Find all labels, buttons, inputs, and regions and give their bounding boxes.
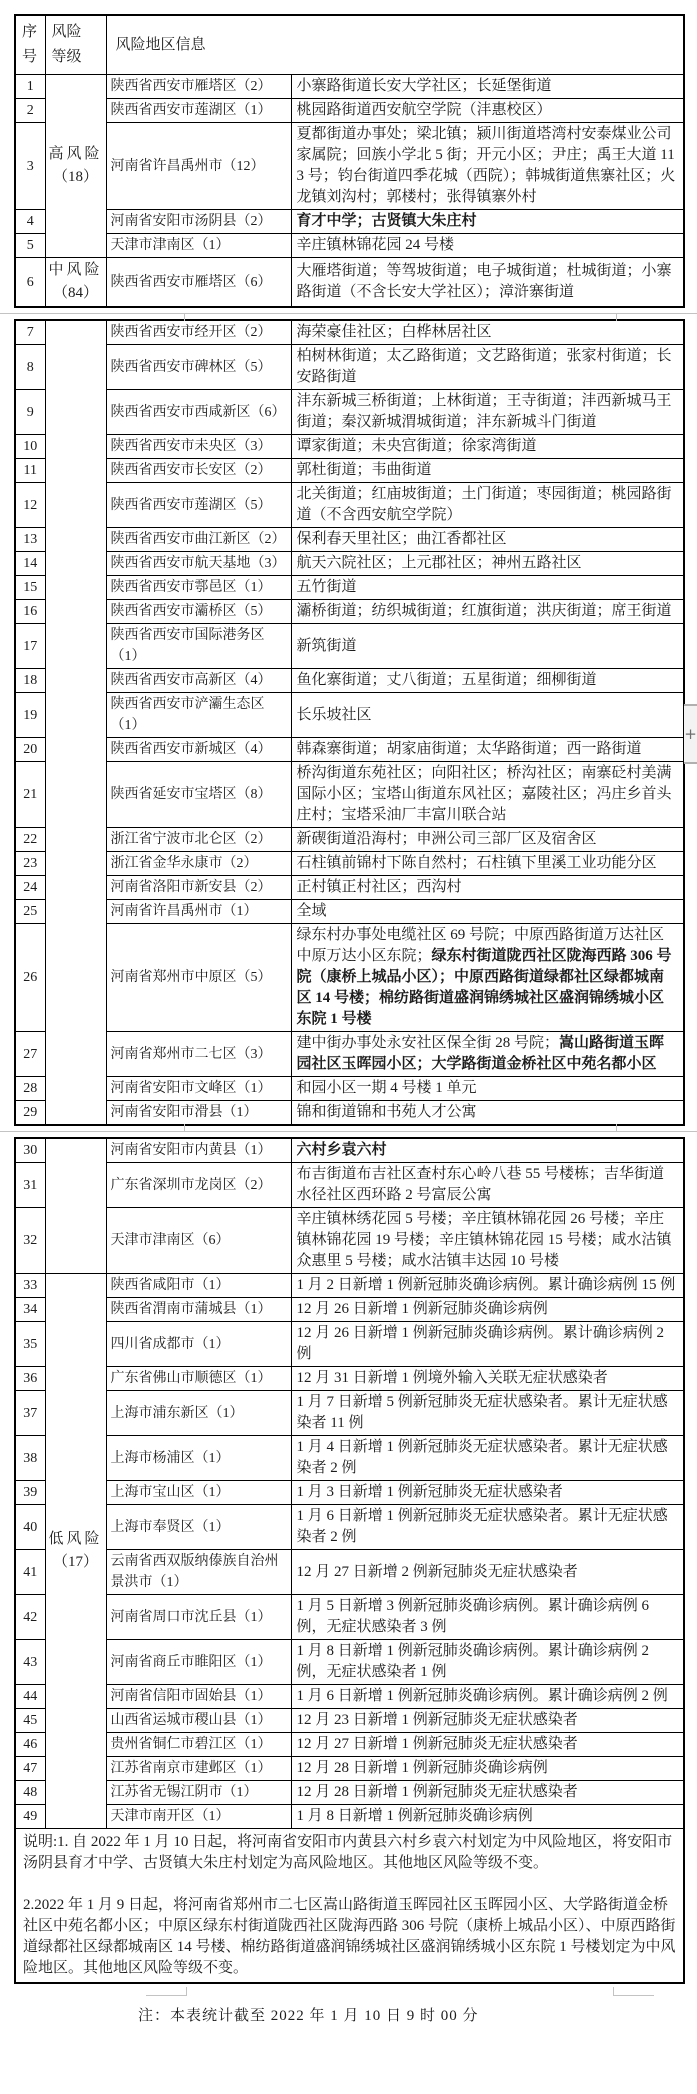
row-number-cell: 49 <box>15 1805 45 1829</box>
table-row: 33低风险（17）陕西省咸阳市（1）1 月 2 日新增 1 例新冠肺炎确诊病例。… <box>15 1274 684 1298</box>
region-cell: 河南省信阳市固始县（1） <box>106 1685 291 1709</box>
page-margin-mark-left <box>184 314 185 321</box>
region-cell: 上海市浦东新区（1） <box>106 1391 291 1436</box>
region-cell: 陕西省西安市鄠邑区（1） <box>106 576 291 600</box>
detail-cell: 12 月 26 日新增 1 例新冠肺炎确诊病例 <box>291 1298 684 1322</box>
region-cell: 陕西省西安市莲湖区（1） <box>106 99 291 123</box>
page-margin-mark-left <box>184 1124 185 1131</box>
row-number-cell: 21 <box>15 762 45 828</box>
detail-cell: 新筑街道 <box>291 624 684 669</box>
page-margin-mark-right <box>616 314 617 321</box>
detail-cell: 北关街道；红庙坡街道；土门街道；枣园街道；桃园路街道（不含西安航空学院） <box>291 483 684 528</box>
risk-level-cell: 中风险（84） <box>45 258 106 308</box>
region-cell: 陕西省西安市高新区（4） <box>106 669 291 693</box>
table-row: 48江苏省无锡江阴市（1）12 月 28 日新增 1 例新冠肺炎无症状感染者 <box>15 1781 684 1805</box>
region-cell: 广东省佛山市顺德区（1） <box>106 1367 291 1391</box>
region-cell: 陕西省西安市浐灞生态区（1） <box>106 693 291 738</box>
table-row: 11陕西省西安市长安区（2）郭杜街道；韦曲街道 <box>15 459 684 483</box>
table-row: 22浙江省宁波市北仑区（2）新碶街道沿海村；申洲公司三部厂区及宿舍区 <box>15 828 684 852</box>
row-number-cell: 34 <box>15 1298 45 1322</box>
detail-cell: 航天六院社区；上元郡社区；神州五路社区 <box>291 552 684 576</box>
region-cell: 四川省成都市（1） <box>106 1322 291 1367</box>
detail-text: 1 月 4 日新增 1 例新冠肺炎无症状感染者。累计无症状感染者 2 例 <box>297 1439 668 1476</box>
detail-text: 辛庄镇林绣花园 5 号楼；辛庄镇林锦花园 26 号楼；辛庄镇林锦花园 19 号楼… <box>297 1211 672 1269</box>
notes-cell: 说明:1. 自 2022 年 1 月 10 日起，将河南省安阳市内黄县六村乡袁六… <box>15 1829 684 1984</box>
detail-text: 韩森寨街道；胡家庙街道；太华路街道；西一路街道 <box>297 741 642 757</box>
detail-text: 1 月 2 日新增 1 例新冠肺炎确诊病例。累计确诊病例 15 例 <box>297 1277 676 1293</box>
table-row: 18陕西省西安市高新区（4）鱼化寨街道；丈八街道；五星街道；细柳街道 <box>15 669 684 693</box>
region-cell: 广东省深圳市龙岗区（2） <box>106 1163 291 1208</box>
detail-text: 航天六院社区；上元郡社区；神州五路社区 <box>297 555 582 571</box>
region-cell: 陕西省西安市长安区（2） <box>106 459 291 483</box>
detail-text: 谭家街道；未央宫街道；徐家湾街道 <box>297 438 537 454</box>
table-row: 25河南省许昌禹州市（1）全域 <box>15 900 684 924</box>
detail-cell: 全域 <box>291 900 684 924</box>
detail-cell: 和园小区一期 4 号楼 1 单元 <box>291 1077 684 1101</box>
region-cell: 陕西省西安市西咸新区（6） <box>106 390 291 435</box>
region-cell: 陕西省西安市灞桥区（5） <box>106 600 291 624</box>
table-row: 47江苏省南京市建邺区（1）12 月 28 日新增 1 例新冠肺炎确诊病例 <box>15 1757 684 1781</box>
row-number-cell: 1 <box>15 75 45 99</box>
table-row: 4河南省安阳市汤阴县（2）育才中学；古贤镇大朱庄村 <box>15 210 684 234</box>
risk-level-cell <box>45 1138 106 1274</box>
detail-cell: 桃园路街道西安航空学院（沣惠校区） <box>291 99 684 123</box>
table-row: 44河南省信阳市固始县（1）1 月 6 日新增 1 例新冠肺炎确诊病例。累计确诊… <box>15 1685 684 1709</box>
document-page: 序 号风险 等级风险地区信息1高风险（18）陕西省西安市雁塔区（2）小寨路街道长… <box>0 0 697 1997</box>
table-header-row: 序 号风险 等级风险地区信息 <box>15 15 684 75</box>
row-number-cell: 7 <box>15 320 45 345</box>
region-cell: 河南省安阳市内黄县（1） <box>106 1138 291 1163</box>
table-row: 12陕西省西安市莲湖区（5）北关街道；红庙坡街道；土门街道；枣园街道；桃园路街道… <box>15 483 684 528</box>
detail-text-bold: 六村乡袁六村 <box>297 1142 387 1158</box>
notes-row: 说明:1. 自 2022 年 1 月 10 日起，将河南省安阳市内黄县六村乡袁六… <box>15 1829 684 1984</box>
risk-level-count: （84） <box>47 282 105 305</box>
detail-text: 12 月 28 日新增 1 例新冠肺炎确诊病例 <box>297 1760 548 1776</box>
row-number-cell: 43 <box>15 1640 45 1685</box>
row-number-cell: 2 <box>15 99 45 123</box>
detail-text: 长乐坡社区 <box>297 707 372 723</box>
region-cell: 云南省西双版纳傣族自治州景洪市（1） <box>106 1550 291 1595</box>
table-row: 30河南省安阳市内黄县（1）六村乡袁六村 <box>15 1138 684 1163</box>
row-number-cell: 35 <box>15 1322 45 1367</box>
table-row: 41云南省西双版纳傣族自治州景洪市（1）12 月 27 日新增 2 例新冠肺炎无… <box>15 1550 684 1595</box>
detail-text-bold: 育才中学；古贤镇大朱庄村 <box>297 213 477 229</box>
region-cell: 天津市南开区（1） <box>106 1805 291 1829</box>
risk-level-count: （18） <box>47 166 105 189</box>
detail-cell: 海荣豪佳社区；白桦林居社区 <box>291 320 684 345</box>
detail-cell: 鱼化寨街道；丈八街道；五星街道；细柳街道 <box>291 669 684 693</box>
detail-cell: 1 月 2 日新增 1 例新冠肺炎确诊病例。累计确诊病例 15 例 <box>291 1274 684 1298</box>
region-cell: 陕西省西安市碑林区（5） <box>106 345 291 390</box>
table-row: 36广东省佛山市顺德区（1）12 月 31 日新增 1 例境外输入关联无症状感染… <box>15 1367 684 1391</box>
detail-text: 1 月 6 日新增 1 例新冠肺炎无症状感染者。累计无症状感染者 2 例 <box>297 1508 668 1545</box>
table-row: 24河南省洛阳市新安县（2）正村镇正村社区；西沟村 <box>15 876 684 900</box>
row-number-cell: 22 <box>15 828 45 852</box>
detail-text: 小寨路街道长安大学社区；长延堡街道 <box>297 78 552 94</box>
detail-text: 12 月 27 日新增 1 例新冠肺炎无症状感染者 <box>297 1736 578 1752</box>
row-number-cell: 15 <box>15 576 45 600</box>
table-row: 1高风险（18）陕西省西安市雁塔区（2）小寨路街道长安大学社区；长延堡街道 <box>15 75 684 99</box>
detail-cell: 12 月 27 日新增 1 例新冠肺炎无症状感染者 <box>291 1733 684 1757</box>
detail-cell: 郭杜街道；韦曲街道 <box>291 459 684 483</box>
detail-cell: 夏都街道办事处；梁北镇；颍川街道塔湾村安泰煤业公司家属院；回族小学北 5 街；开… <box>291 123 684 210</box>
detail-cell: 布吉街道布吉社区查村东心岭八巷 55 号楼栋；吉华街道水径社区西环路 2 号富辰… <box>291 1163 684 1208</box>
region-cell: 陕西省西安市曲江新区（2） <box>106 528 291 552</box>
table-row: 29河南省安阳市滑县（1）锦和街道锦和书苑人才公寓 <box>15 1101 684 1126</box>
table-row: 27河南省郑州市二七区（3）建中街办事处永安社区保全街 28 号院；嵩山路街道玉… <box>15 1032 684 1077</box>
row-number-cell: 26 <box>15 924 45 1032</box>
region-cell: 天津市津南区（1） <box>106 234 291 258</box>
table-row: 43河南省商丘市睢阳区（1）1 月 8 日新增 1 例新冠肺炎确诊病例。累计确诊… <box>15 1640 684 1685</box>
row-number-cell: 16 <box>15 600 45 624</box>
region-cell: 江苏省无锡江阴市（1） <box>106 1781 291 1805</box>
risk-level-cell: 低风险（17） <box>45 1274 106 1829</box>
header-col-risk-area-info: 风险地区信息 <box>106 15 684 75</box>
row-number-cell: 6 <box>15 258 45 308</box>
detail-text: 1 月 3 日新增 1 例新冠肺炎无症状感染者 <box>297 1484 563 1500</box>
detail-cell: 辛庄镇林绣花园 5 号楼；辛庄镇林锦花园 26 号楼；辛庄镇林锦花园 19 号楼… <box>291 1208 684 1274</box>
detail-cell: 12 月 23 日新增 1 例新冠肺炎无症状感染者 <box>291 1709 684 1733</box>
table-row: 10陕西省西安市未央区（3）谭家街道；未央宫街道；徐家湾街道 <box>15 435 684 459</box>
table-row: 20陕西省西安市新城区（4）韩森寨街道；胡家庙街道；太华路街道；西一路街道 <box>15 738 684 762</box>
page-margin-mark-right <box>616 1124 617 1131</box>
detail-cell: 沣东新城三桥街道；上林街道；王寺街道；沣西新城马王街道；秦汉新城渭城街道；沣东新… <box>291 390 684 435</box>
risk-level-label: 中风险 <box>47 259 105 282</box>
detail-text: 12 月 28 日新增 1 例新冠肺炎无症状感染者 <box>297 1784 578 1800</box>
row-number-cell: 41 <box>15 1550 45 1595</box>
table-row: 13陕西省西安市曲江新区（2）保利春天里社区；曲江香都社区 <box>15 528 684 552</box>
table-row: 5天津市津南区（1）辛庄镇林锦花园 24 号楼 <box>15 234 684 258</box>
detail-text: 夏都街道办事处；梁北镇；颍川街道塔湾村安泰煤业公司家属院；回族小学北 5 街；开… <box>297 126 676 205</box>
table-row: 42河南省周口市沈丘县（1）1 月 5 日新增 3 例新冠肺炎确诊病例。累计确诊… <box>15 1595 684 1640</box>
detail-cell: 保利春天里社区；曲江香都社区 <box>291 528 684 552</box>
detail-text: 1 月 6 日新增 1 例新冠肺炎确诊病例。累计确诊病例 2 例 <box>297 1688 668 1704</box>
region-cell: 陕西省西安市雁塔区（6） <box>106 258 291 308</box>
detail-text: 大雁塔街道；等驾坡街道；电子城街道；杜城街道；小寨路街道（不含长安大学社区）；漳… <box>297 263 672 300</box>
table-row: 37上海市浦东新区（1）1 月 7 日新增 5 例新冠肺炎无症状感染者。累计无症… <box>15 1391 684 1436</box>
table-row: 23浙江省金华永康市（2）石柱镇前锦村下陈自然村；石柱镇下里溪工业功能分区 <box>15 852 684 876</box>
row-number-cell: 20 <box>15 738 45 762</box>
detail-cell: 锦和街道锦和书苑人才公寓 <box>291 1101 684 1126</box>
row-number-cell: 4 <box>15 210 45 234</box>
detail-cell: 1 月 4 日新增 1 例新冠肺炎无症状感染者。累计无症状感染者 2 例 <box>291 1436 684 1481</box>
page-margin-line <box>0 1131 697 1132</box>
detail-cell: 12 月 27 日新增 2 例新冠肺炎无症状感染者 <box>291 1550 684 1595</box>
page-break-line <box>0 1126 697 1137</box>
row-number-cell: 8 <box>15 345 45 390</box>
detail-text: 1 月 8 日新增 1 例新冠肺炎确诊病例。累计确诊病例 2 例，无症状感染者 … <box>297 1643 650 1680</box>
detail-cell: 建中街办事处永安社区保全街 28 号院；嵩山路街道玉晖园社区玉晖园小区；大学路街… <box>291 1032 684 1077</box>
row-number-cell: 40 <box>15 1505 45 1550</box>
table-row: 40上海市奉贤区（1）1 月 6 日新增 1 例新冠肺炎无症状感染者。累计无症状… <box>15 1505 684 1550</box>
table-row: 38上海市杨浦区（1）1 月 4 日新增 1 例新冠肺炎无症状感染者。累计无症状… <box>15 1436 684 1481</box>
risk-table-page-3: 30河南省安阳市内黄县（1）六村乡袁六村31广东省深圳市龙岗区（2）布吉街道布吉… <box>14 1137 685 1984</box>
region-cell: 江苏省南京市建邺区（1） <box>106 1757 291 1781</box>
detail-cell: 12 月 28 日新增 1 例新冠肺炎无症状感染者 <box>291 1781 684 1805</box>
region-cell: 陕西省渭南市蒲城县（1） <box>106 1298 291 1322</box>
detail-text: 灞桥街道；纺织城街道；红旗街道；洪庆街道；席王街道 <box>297 603 672 619</box>
region-cell: 贵州省铜仁市碧江区（1） <box>106 1733 291 1757</box>
table-row: 8陕西省西安市碑林区（5）柏树林街道；太乙路街道；文艺路街道；张家村街道；长安路… <box>15 345 684 390</box>
detail-cell: 桥沟街道东苑社区；向阳社区；桥沟社区；南寨砭村美满国际小区；宝塔山街道东风社区；… <box>291 762 684 828</box>
detail-cell: 柏树林街道；太乙路街道；文艺路街道；张家村街道；长安路街道 <box>291 345 684 390</box>
region-cell: 山西省运城市稷山县（1） <box>106 1709 291 1733</box>
detail-text: 1 月 7 日新增 5 例新冠肺炎无症状感染者。累计无症状感染者 11 例 <box>297 1394 668 1431</box>
row-number-cell: 33 <box>15 1274 45 1298</box>
row-number-cell: 44 <box>15 1685 45 1709</box>
header-col-risk-level: 风险 等级 <box>45 15 106 75</box>
region-cell: 上海市奉贤区（1） <box>106 1505 291 1550</box>
detail-text: 石柱镇前锦村下陈自然村；石柱镇下里溪工业功能分区 <box>297 855 657 871</box>
table-row: 45山西省运城市稷山县（1）12 月 23 日新增 1 例新冠肺炎无症状感染者 <box>15 1709 684 1733</box>
page-margin-line <box>0 313 697 314</box>
detail-cell: 新碶街道沿海村；申洲公司三部厂区及宿舍区 <box>291 828 684 852</box>
table-row: 35四川省成都市（1）12 月 26 日新增 1 例新冠肺炎确诊病例。累计确诊病… <box>15 1322 684 1367</box>
region-cell: 河南省安阳市滑县（1） <box>106 1101 291 1126</box>
detail-text: 12 月 31 日新增 1 例境外输入关联无症状感染者 <box>297 1370 608 1386</box>
row-number-cell: 23 <box>15 852 45 876</box>
table-row: 9陕西省西安市西咸新区（6）沣东新城三桥街道；上林街道；王寺街道；沣西新城马王街… <box>15 390 684 435</box>
detail-cell: 育才中学；古贤镇大朱庄村 <box>291 210 684 234</box>
table-row: 14陕西省西安市航天基地（3）航天六院社区；上元郡社区；神州五路社区 <box>15 552 684 576</box>
table-row: 16陕西省西安市灞桥区（5）灞桥街道；纺织城街道；红旗街道；洪庆街道；席王街道 <box>15 600 684 624</box>
region-cell: 河南省洛阳市新安县（2） <box>106 876 291 900</box>
zoom-in-button[interactable]: + <box>684 704 697 764</box>
detail-cell: 六村乡袁六村 <box>291 1138 684 1163</box>
row-number-cell: 12 <box>15 483 45 528</box>
detail-cell: 大雁塔街道；等驾坡街道；电子城街道；杜城街道；小寨路街道（不含长安大学社区）；漳… <box>291 258 684 308</box>
table-row: 3河南省许昌禹州市（12）夏都街道办事处；梁北镇；颍川街道塔湾村安泰煤业公司家属… <box>15 123 684 210</box>
row-number-cell: 37 <box>15 1391 45 1436</box>
row-number-cell: 17 <box>15 624 45 669</box>
row-number-cell: 18 <box>15 669 45 693</box>
detail-cell: 长乐坡社区 <box>291 693 684 738</box>
region-cell: 上海市杨浦区（1） <box>106 1436 291 1481</box>
detail-cell: 1 月 3 日新增 1 例新冠肺炎无症状感染者 <box>291 1481 684 1505</box>
table-row: 26河南省郑州市中原区（5）绿东村办事处电缆社区 69 号院；中原西路街道万达社… <box>15 924 684 1032</box>
row-number-cell: 39 <box>15 1481 45 1505</box>
detail-cell: 1 月 7 日新增 5 例新冠肺炎无症状感染者。累计无症状感染者 11 例 <box>291 1391 684 1436</box>
detail-text: 和园小区一期 4 号楼 1 单元 <box>297 1080 477 1096</box>
region-cell: 河南省许昌禹州市（1） <box>106 900 291 924</box>
detail-text: 1 月 5 日新增 3 例新冠肺炎确诊病例。累计确诊病例 6 例，无症状感染者 … <box>297 1598 650 1635</box>
risk-table-page-2: 7陕西省西安市经开区（2）海荣豪佳社区；白桦林居社区8陕西省西安市碑林区（5）柏… <box>14 319 685 1126</box>
row-number-cell: 42 <box>15 1595 45 1640</box>
note-blank-line <box>23 1874 676 1895</box>
detail-cell: 1 月 8 日新增 1 例新冠肺炎确诊病例 <box>291 1805 684 1829</box>
detail-text: 郭杜街道；韦曲街道 <box>297 462 432 478</box>
detail-cell: 石柱镇前锦村下陈自然村；石柱镇下里溪工业功能分区 <box>291 852 684 876</box>
detail-cell: 灞桥街道；纺织城街道；红旗街道；洪庆街道；席王街道 <box>291 600 684 624</box>
detail-cell: 12 月 26 日新增 1 例新冠肺炎确诊病例。累计确诊病例 2 例 <box>291 1322 684 1367</box>
row-number-cell: 11 <box>15 459 45 483</box>
row-number-cell: 46 <box>15 1733 45 1757</box>
detail-cell: 小寨路街道长安大学社区；长延堡街道 <box>291 75 684 99</box>
table-row: 6中风险（84）陕西省西安市雁塔区（6）大雁塔街道；等驾坡街道；电子城街道；杜城… <box>15 258 684 308</box>
table-row: 31广东省深圳市龙岗区（2）布吉街道布吉社区查村东心岭八巷 55 号楼栋；吉华街… <box>15 1163 684 1208</box>
detail-cell: 五竹街道 <box>291 576 684 600</box>
detail-text: 辛庄镇林锦花园 24 号楼 <box>297 237 455 253</box>
table-row: 17陕西省西安市国际港务区（1）新筑街道 <box>15 624 684 669</box>
row-number-cell: 36 <box>15 1367 45 1391</box>
note-paragraph-2: 2.2022 年 1 月 9 日起，将河南省郑州市二七区嵩山路街道玉晖园社区玉晖… <box>23 1895 676 1979</box>
detail-cell: 绿东村办事处电缆社区 69 号院；中原西路街道万达社区中原万达小区东院；绿东村街… <box>291 924 684 1032</box>
region-cell: 河南省郑州市中原区（5） <box>106 924 291 1032</box>
region-cell: 浙江省金华永康市（2） <box>106 852 291 876</box>
risk-table-page-1: 序 号风险 等级风险地区信息1高风险（18）陕西省西安市雁塔区（2）小寨路街道长… <box>14 14 685 308</box>
row-number-cell: 48 <box>15 1781 45 1805</box>
row-number-cell: 47 <box>15 1757 45 1781</box>
detail-cell: 韩森寨街道；胡家庙街道；太华路街道；西一路街道 <box>291 738 684 762</box>
risk-level-label: 高风险 <box>47 143 105 166</box>
row-number-cell: 13 <box>15 528 45 552</box>
region-cell: 陕西省延安市宝塔区（8） <box>106 762 291 828</box>
region-cell: 陕西省咸阳市（1） <box>106 1274 291 1298</box>
detail-cell: 谭家街道；未央宫街道；徐家湾街道 <box>291 435 684 459</box>
region-cell: 天津市津南区（6） <box>106 1208 291 1274</box>
detail-cell: 辛庄镇林锦花园 24 号楼 <box>291 234 684 258</box>
region-cell: 河南省郑州市二七区（3） <box>106 1032 291 1077</box>
detail-text: 12 月 27 日新增 2 例新冠肺炎无症状感染者 <box>297 1564 578 1580</box>
detail-cell: 1 月 5 日新增 3 例新冠肺炎确诊病例。累计确诊病例 6 例，无症状感染者 … <box>291 1595 684 1640</box>
row-number-cell: 5 <box>15 234 45 258</box>
detail-text: 建中街办事处永安社区保全街 28 号院； <box>297 1035 560 1051</box>
table-row: 34陕西省渭南市蒲城县（1）12 月 26 日新增 1 例新冠肺炎确诊病例 <box>15 1298 684 1322</box>
table-row: 19陕西省西安市浐灞生态区（1）长乐坡社区 <box>15 693 684 738</box>
detail-text: 柏树林街道；太乙路街道；文艺路街道；张家村街道；长安路街道 <box>297 348 672 385</box>
row-number-cell: 28 <box>15 1077 45 1101</box>
region-cell: 河南省许昌禹州市（12） <box>106 123 291 210</box>
risk-level-label: 低风险 <box>47 1528 105 1551</box>
page-margin-mark-right <box>613 1987 654 1996</box>
detail-cell: 12 月 31 日新增 1 例境外输入关联无症状感染者 <box>291 1367 684 1391</box>
row-number-cell: 30 <box>15 1138 45 1163</box>
region-cell: 陕西省西安市莲湖区（5） <box>106 483 291 528</box>
risk-level-count: （17） <box>47 1551 105 1574</box>
table-row: 21陕西省延安市宝塔区（8）桥沟街道东苑社区；向阳社区；桥沟社区；南寨砭村美满国… <box>15 762 684 828</box>
detail-cell: 1 月 6 日新增 1 例新冠肺炎无症状感染者。累计无症状感染者 2 例 <box>291 1505 684 1550</box>
row-number-cell: 29 <box>15 1101 45 1126</box>
region-cell: 陕西省西安市雁塔区（2） <box>106 75 291 99</box>
region-cell: 上海市宝山区（1） <box>106 1481 291 1505</box>
detail-text: 1 月 8 日新增 1 例新冠肺炎确诊病例 <box>297 1808 533 1824</box>
risk-level-cell: 高风险（18） <box>45 75 106 258</box>
region-cell: 陕西省西安市经开区（2） <box>106 320 291 345</box>
detail-cell: 正村镇正村社区；西沟村 <box>291 876 684 900</box>
row-number-cell: 14 <box>15 552 45 576</box>
row-number-cell: 24 <box>15 876 45 900</box>
row-number-cell: 31 <box>15 1163 45 1208</box>
note-paragraph-1: 说明:1. 自 2022 年 1 月 10 日起，将河南省安阳市内黄县六村乡袁六… <box>23 1832 676 1874</box>
risk-level-cell <box>45 320 106 1125</box>
detail-text: 桃园路街道西安航空学院（沣惠校区） <box>297 102 552 118</box>
page-margin-mark-left <box>146 1987 187 1996</box>
detail-text: 新碶街道沿海村；申洲公司三部厂区及宿舍区 <box>297 831 597 847</box>
detail-text: 正村镇正村社区；西沟村 <box>297 879 462 895</box>
row-number-cell: 45 <box>15 1709 45 1733</box>
row-number-cell: 19 <box>15 693 45 738</box>
detail-text: 桥沟街道东苑社区；向阳社区；桥沟社区；南寨砭村美满国际小区；宝塔山街道东风社区；… <box>297 765 672 823</box>
table-row: 39上海市宝山区（1）1 月 3 日新增 1 例新冠肺炎无症状感染者 <box>15 1481 684 1505</box>
detail-text: 锦和街道锦和书苑人才公寓 <box>297 1104 477 1120</box>
row-number-cell: 38 <box>15 1436 45 1481</box>
region-cell: 浙江省宁波市北仑区（2） <box>106 828 291 852</box>
region-cell: 河南省周口市沈丘县（1） <box>106 1595 291 1640</box>
detail-text: 北关街道；红庙坡街道；土门街道；枣园街道；桃园路街道（不含西安航空学院） <box>297 486 672 523</box>
table-row: 2陕西省西安市莲湖区（1）桃园路街道西安航空学院（沣惠校区） <box>15 99 684 123</box>
detail-cell: 1 月 8 日新增 1 例新冠肺炎确诊病例。累计确诊病例 2 例，无症状感染者 … <box>291 1640 684 1685</box>
detail-text: 海荣豪佳社区；白桦林居社区 <box>297 324 492 340</box>
table-row: 28河南省安阳市文峰区（1）和园小区一期 4 号楼 1 单元 <box>15 1077 684 1101</box>
table-row: 15陕西省西安市鄠邑区（1）五竹街道 <box>15 576 684 600</box>
detail-text: 全域 <box>297 903 327 919</box>
region-cell: 陕西省西安市新城区（4） <box>106 738 291 762</box>
row-number-cell: 9 <box>15 390 45 435</box>
detail-text: 布吉街道布吉社区查村东心岭八巷 55 号楼栋；吉华街道水径社区西环路 2 号富辰… <box>297 1166 665 1203</box>
row-number-cell: 27 <box>15 1032 45 1077</box>
region-cell: 河南省安阳市文峰区（1） <box>106 1077 291 1101</box>
header-col-serial: 序 号 <box>15 15 45 75</box>
detail-text: 五竹街道 <box>297 579 357 595</box>
detail-text: 新筑街道 <box>297 638 357 654</box>
table-row: 32天津市津南区（6）辛庄镇林绣花园 5 号楼；辛庄镇林锦花园 26 号楼；辛庄… <box>15 1208 684 1274</box>
table-footnote: 注：本表统计截至 2022 年 1 月 10 日 9 时 00 分 <box>138 2004 697 2025</box>
plus-icon: + <box>684 725 697 743</box>
row-number-cell: 25 <box>15 900 45 924</box>
detail-cell: 1 月 6 日新增 1 例新冠肺炎确诊病例。累计确诊病例 2 例 <box>291 1685 684 1709</box>
detail-text: 鱼化寨街道；丈八街道；五星街道；细柳街道 <box>297 672 597 688</box>
region-cell: 河南省商丘市睢阳区（1） <box>106 1640 291 1685</box>
row-number-cell: 3 <box>15 123 45 210</box>
detail-text: 12 月 26 日新增 1 例新冠肺炎确诊病例。累计确诊病例 2 例 <box>297 1325 665 1362</box>
region-cell: 陕西省西安市未央区（3） <box>106 435 291 459</box>
table-row: 7陕西省西安市经开区（2）海荣豪佳社区；白桦林居社区 <box>15 320 684 345</box>
detail-cell: 12 月 28 日新增 1 例新冠肺炎确诊病例 <box>291 1757 684 1781</box>
row-number-cell: 32 <box>15 1208 45 1274</box>
region-cell: 河南省安阳市汤阴县（2） <box>106 210 291 234</box>
detail-text: 沣东新城三桥街道；上林街道；王寺街道；沣西新城马王街道；秦汉新城渭城街道；沣东新… <box>297 393 672 430</box>
page-bottom-margin-marks <box>0 1984 697 1997</box>
region-cell: 陕西省西安市航天基地（3） <box>106 552 291 576</box>
table-row: 46贵州省铜仁市碧江区（1）12 月 27 日新增 1 例新冠肺炎无症状感染者 <box>15 1733 684 1757</box>
row-number-cell: 10 <box>15 435 45 459</box>
detail-text: 12 月 26 日新增 1 例新冠肺炎确诊病例 <box>297 1301 548 1317</box>
page-break-line <box>0 308 697 319</box>
detail-text: 12 月 23 日新增 1 例新冠肺炎无症状感染者 <box>297 1712 578 1728</box>
region-cell: 陕西省西安市国际港务区（1） <box>106 624 291 669</box>
detail-text: 保利春天里社区；曲江香都社区 <box>297 531 507 547</box>
table-row: 49天津市南开区（1）1 月 8 日新增 1 例新冠肺炎确诊病例 <box>15 1805 684 1829</box>
